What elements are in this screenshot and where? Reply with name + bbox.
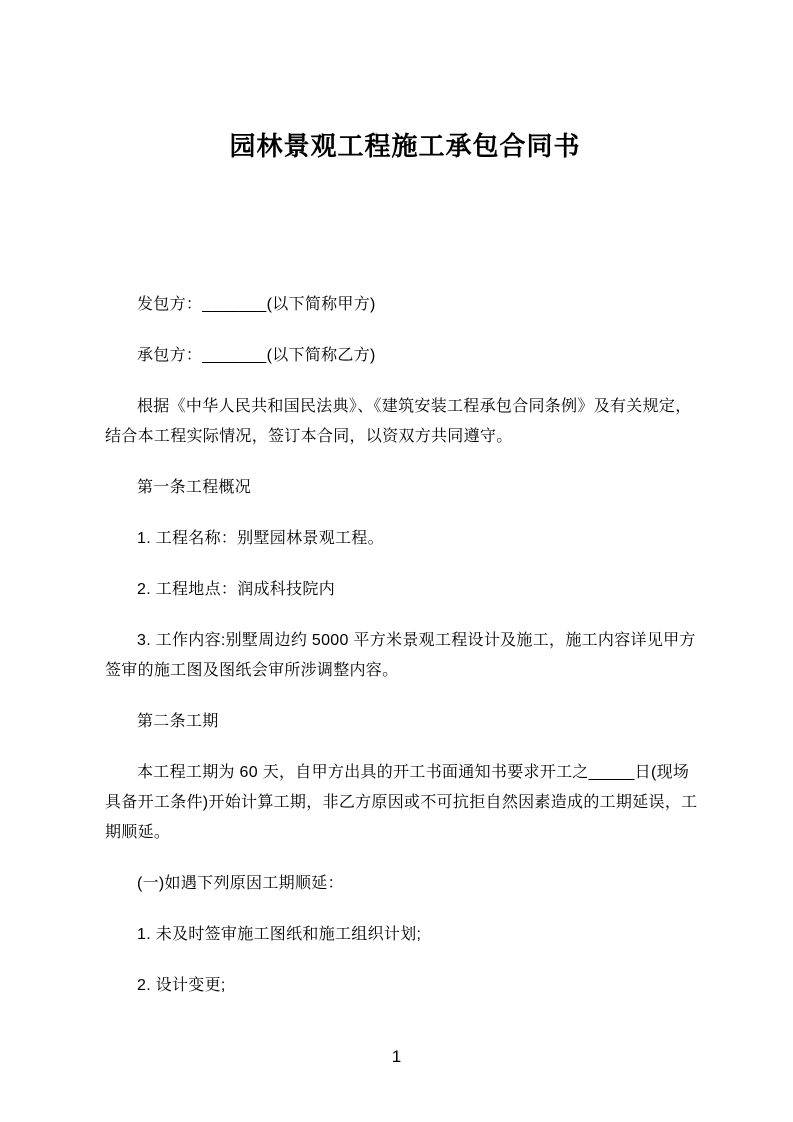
work-content-item: 3. 工作内容:别墅周边约 5000 平方米景观工程设计及施工，施工内容详见甲方… xyxy=(105,626,705,686)
document-content: 园林景观工程施工承包合同书 发包方：_______(以下简称甲方) 承包方：__… xyxy=(105,128,705,1022)
party-b-line: 承包方：_______(以下简称乙方) xyxy=(105,341,705,371)
party-a-line: 发包方：_______(以下简称甲方) xyxy=(105,290,705,320)
preamble: 根据《中华人民共和国民法典》、《建筑安装工程承包合同条例》及有关规定，结合本工程… xyxy=(105,392,705,452)
document-page: 园林景观工程施工承包合同书 发包方：_______(以下简称甲方) 承包方：__… xyxy=(0,0,793,1122)
delay-reason-item-2: 2. 设计变更; xyxy=(105,971,705,1001)
page-title: 园林景观工程施工承包合同书 xyxy=(105,128,705,164)
delay-reason-item-1: 1. 未及时签审施工图纸和施工组织计划; xyxy=(105,920,705,950)
delay-clause-heading: (一)如遇下列原因工期顺延： xyxy=(105,869,705,899)
article-1-heading: 第一条工程概况 xyxy=(105,473,705,503)
project-name-item: 1. 工程名称：别墅园林景观工程。 xyxy=(105,524,705,554)
article-2-heading: 第二条工期 xyxy=(105,707,705,737)
project-location-item: 2. 工程地点：润成科技院内 xyxy=(105,575,705,605)
page-number: 1 xyxy=(0,1046,793,1068)
duration-paragraph: 本工程工期为 60 天，自甲方出具的开工书面通知书要求开工之_____日(现场具… xyxy=(105,758,705,848)
